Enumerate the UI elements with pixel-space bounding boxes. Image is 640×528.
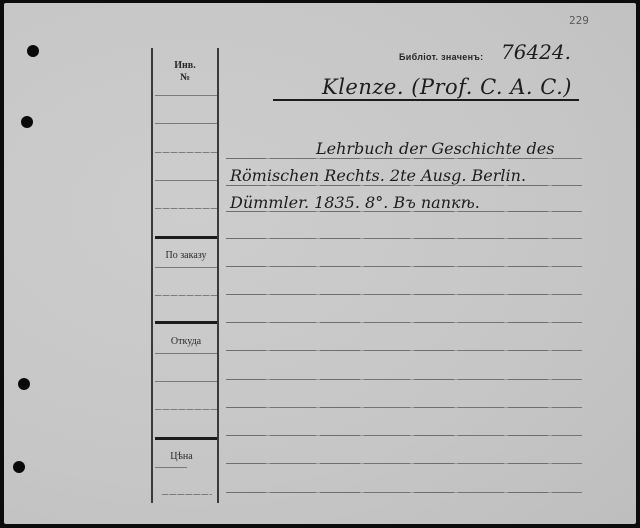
section-divider xyxy=(155,236,217,239)
author-underline xyxy=(273,99,579,101)
column-rule xyxy=(155,208,217,209)
source-label: Откуда xyxy=(154,336,218,347)
column-rule xyxy=(155,353,217,354)
column-rule xyxy=(155,180,217,181)
inv-no-label: № xyxy=(154,72,216,83)
ruled-line xyxy=(226,435,582,436)
punch-hole xyxy=(21,116,33,128)
ruled-line xyxy=(226,158,582,159)
library-code-value: 76424. xyxy=(501,40,571,64)
section-divider xyxy=(155,437,217,440)
catalog-card: 229 Библіот. значенъ: 76424. Инв. № По з… xyxy=(4,3,636,524)
corner-number: 229 xyxy=(569,14,589,27)
column-rule xyxy=(155,467,187,468)
column-rule xyxy=(155,152,217,153)
title-line-3: Dümmler. 1835. 8°. Въ папкѣ. xyxy=(230,193,480,212)
inv-label: Инв. xyxy=(154,60,216,71)
ruled-line xyxy=(226,211,582,212)
ruled-line xyxy=(226,266,582,267)
left-column-border xyxy=(151,48,153,503)
column-rule xyxy=(155,381,217,382)
ruled-line xyxy=(226,350,582,351)
author-name: Klenze. (Prof. C. A. C.) xyxy=(322,75,572,99)
ruled-line xyxy=(226,463,582,464)
ruled-line xyxy=(226,238,582,239)
punch-hole xyxy=(13,461,25,473)
section-divider xyxy=(155,321,217,324)
left-column-border xyxy=(217,48,219,503)
ruled-line xyxy=(226,185,582,186)
ruled-line xyxy=(226,379,582,380)
order-label: По заказу xyxy=(154,250,218,261)
ruled-line xyxy=(226,294,582,295)
price-label: Цѣна xyxy=(154,451,209,462)
column-rule xyxy=(162,494,212,495)
library-code-label: Библіот. значенъ: xyxy=(399,52,483,62)
title-line-2: Römischen Rechts. 2te Ausg. Berlin. xyxy=(230,166,526,185)
ruled-line xyxy=(226,322,582,323)
column-rule xyxy=(155,267,217,268)
column-rule xyxy=(155,123,217,124)
column-rule xyxy=(155,409,217,410)
column-rule xyxy=(155,295,217,296)
column-rule xyxy=(155,95,217,96)
title-line-1: Lehrbuch der Geschichte des xyxy=(316,139,554,158)
punch-hole xyxy=(27,45,39,57)
ruled-line xyxy=(226,407,582,408)
punch-hole xyxy=(18,378,30,390)
ruled-line xyxy=(226,492,582,493)
